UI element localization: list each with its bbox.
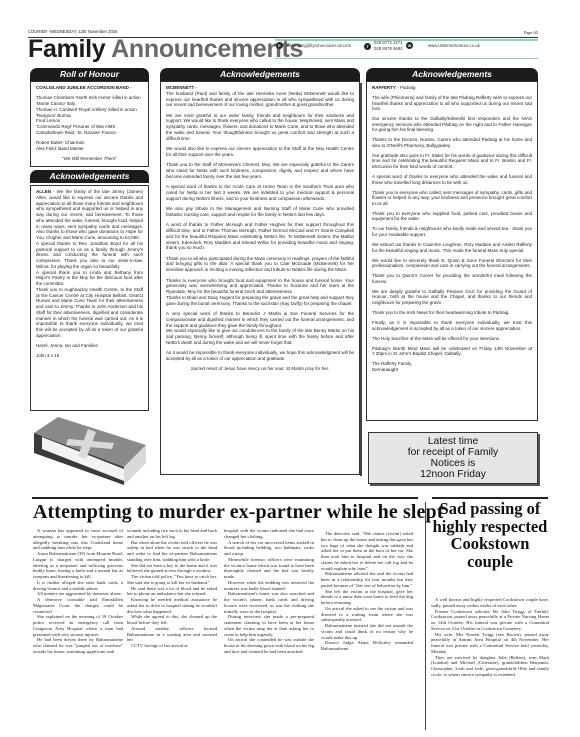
allen-verse: John 3 v 16	[36, 353, 143, 359]
allen-notice: ALLEN - We the family of the late Jimmy …	[30, 185, 149, 411]
news-column-3: hospital with the victim indicated she h…	[224, 528, 314, 655]
news-column-1: A woman has appeared in court accused of…	[33, 528, 123, 655]
page-number: Page 65	[524, 30, 538, 35]
mcbennett-heading: Acknowledgements	[160, 68, 360, 81]
page-title: Family Announcements	[28, 35, 303, 64]
dateline: COURIER -WEDNESDAY, 12th November 2025	[28, 29, 117, 34]
email-icon: E	[276, 42, 283, 49]
web-contact[interactable]: W www.ulsternetnotices.co.uk	[406, 42, 480, 49]
roll-of-honour-notice: COALISLAND JUBILEE ACCORDION BAND - Thom…	[30, 81, 149, 167]
bible-icon	[28, 415, 148, 490]
mcbennett-closing: Sacred Heart of Jesus have mercy on her …	[166, 366, 354, 372]
box-shadow	[360, 83, 362, 476]
email-contact[interactable]: E advertising@tyronecourier.uk.com	[276, 42, 351, 49]
side-news-headline: Sad passing of highly respected Cookstow…	[432, 500, 548, 570]
accent-rule-bottom	[275, 58, 538, 59]
web-icon: W	[406, 42, 413, 49]
allen-name: ALLEN	[36, 189, 51, 194]
rafferty-notice: RAFFERTY - Pádraig The wife (Philomena) …	[366, 81, 538, 421]
deadline-notice: Latest time for receipt of Family Notice…	[368, 432, 538, 484]
mcbennett-notice: MCBENNETT - The husband (Paul) and famil…	[160, 81, 360, 475]
allen-heading: Acknowledgements	[30, 170, 149, 183]
rafferty-heading: Acknowledgements	[366, 68, 538, 81]
rafferty-name: RAFFERTY	[372, 85, 396, 90]
news-rule	[32, 497, 418, 499]
motto: "We Will Remember Them"	[36, 156, 143, 162]
roll-of-honour-heading: Roll of Honour	[30, 68, 149, 81]
email-address[interactable]: advertising@tyronecourier.uk.com	[286, 43, 351, 48]
band-name: COALISLAND JUBILEE ACCORDION BAND -	[36, 85, 143, 91]
news-headline: Attempting to murder ex-partner while he…	[33, 501, 443, 524]
news-column-4: The detective said, "She claims (victim)…	[321, 531, 413, 652]
accent-rule	[275, 39, 538, 41]
phone-2: 028 8676 6692	[374, 46, 403, 52]
allen-signoff: Hazel, Jenna, Ian and Families	[36, 343, 143, 349]
phone-icon: T	[364, 43, 371, 50]
side-news-body: A well known and highly respected Cookst…	[431, 597, 549, 678]
website-link[interactable]: www.ulsternetnotices.co.uk	[428, 43, 480, 48]
column-divider	[425, 502, 426, 730]
news-column-2: wounds including two each to his head an…	[127, 528, 217, 649]
phone-contact: T 028 8772 2271 028 8676 6692	[364, 40, 403, 52]
